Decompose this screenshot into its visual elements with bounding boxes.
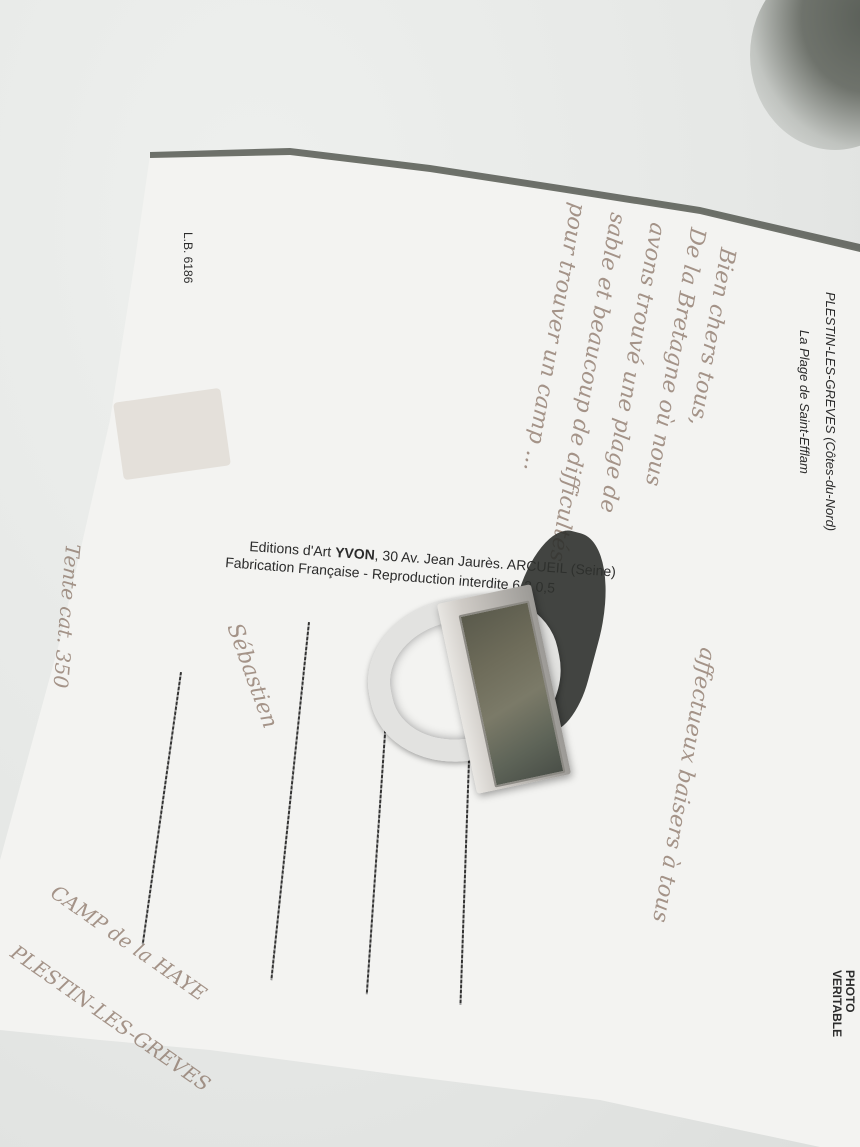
reference-code: L.B. 6186 <box>181 232 195 283</box>
postcard: Bien chers tous, De la Bretagne où nous … <box>0 0 860 1147</box>
place-title: PLESTIN-LES-GREVES (Côtes-du-Nord) <box>823 292 838 531</box>
photo-badge-line-2: VERITABLE <box>830 970 843 1037</box>
photo-veritable-badge: PHOTO VERITABLE <box>830 970 856 1037</box>
imprint-brand: YVON <box>335 544 376 563</box>
place-subtitle: La Plage de Saint-Efflam <box>797 330 812 474</box>
photo-badge-line-1: PHOTO <box>843 970 856 1037</box>
stamp-stain <box>113 388 231 480</box>
